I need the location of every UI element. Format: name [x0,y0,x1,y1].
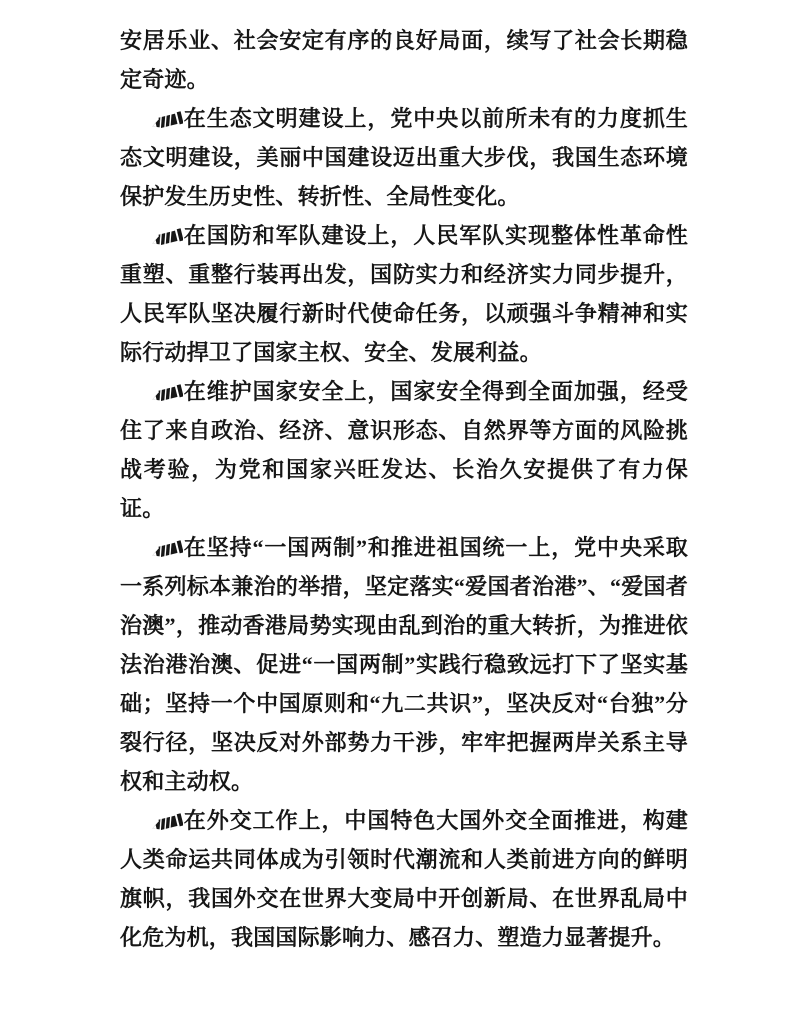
text-block: 安居乐业、社会安定有序的良好局面，续写了社会长期稳定奇迹。 在生态文明建设上，党… [120,21,688,957]
paragraph-text: 在外交工作上，中国特色大国外交全面推进，构建人类命运共同体成为引领时代潮流和人类… [120,808,688,950]
paragraph-text: 在坚持“一国两制”和推进祖国统一上，党中央采取一系列标本兼治的举措，坚定落实“爱… [120,535,688,794]
pencil-icon [150,109,183,129]
paragraph: 在国防和军队建设上，人民军队实现整体性革命性重塑、重整行装再出发，国防实力和经济… [120,216,688,372]
paragraph: 在生态文明建设上，党中央以前所未有的力度抓生态文明建设，美丽中国建设迈出重大步伐… [120,99,688,216]
paragraph-text: 在维护国家安全上，国家安全得到全面加强，经受住了来自政治、经济、意识形态、自然界… [120,379,688,521]
paragraph-text: 安居乐业、社会安定有序的良好局面，续写了社会长期稳定奇迹。 [120,28,688,92]
pencil-icon [150,538,183,558]
paragraph: 在坚持“一国两制”和推进祖国统一上，党中央采取一系列标本兼治的举措，坚定落实“爱… [120,528,688,801]
paragraph-text: 在国防和军队建设上，人民军队实现整体性革命性重塑、重整行装再出发，国防实力和经济… [120,223,688,365]
paragraph: 在维护国家安全上，国家安全得到全面加强，经受住了来自政治、经济、意识形态、自然界… [120,372,688,528]
paragraph: 安居乐业、社会安定有序的良好局面，续写了社会长期稳定奇迹。 [120,21,688,99]
paragraph: 在外交工作上，中国特色大国外交全面推进，构建人类命运共同体成为引领时代潮流和人类… [120,801,688,957]
paragraph-text: 在生态文明建设上，党中央以前所未有的力度抓生态文明建设，美丽中国建设迈出重大步伐… [120,106,688,209]
pencil-icon [150,226,183,246]
pencil-icon [150,382,183,402]
document-page: 安居乐业、社会安定有序的良好局面，续写了社会长期稳定奇迹。 在生态文明建设上，党… [0,0,790,1035]
pencil-icon [150,811,183,831]
